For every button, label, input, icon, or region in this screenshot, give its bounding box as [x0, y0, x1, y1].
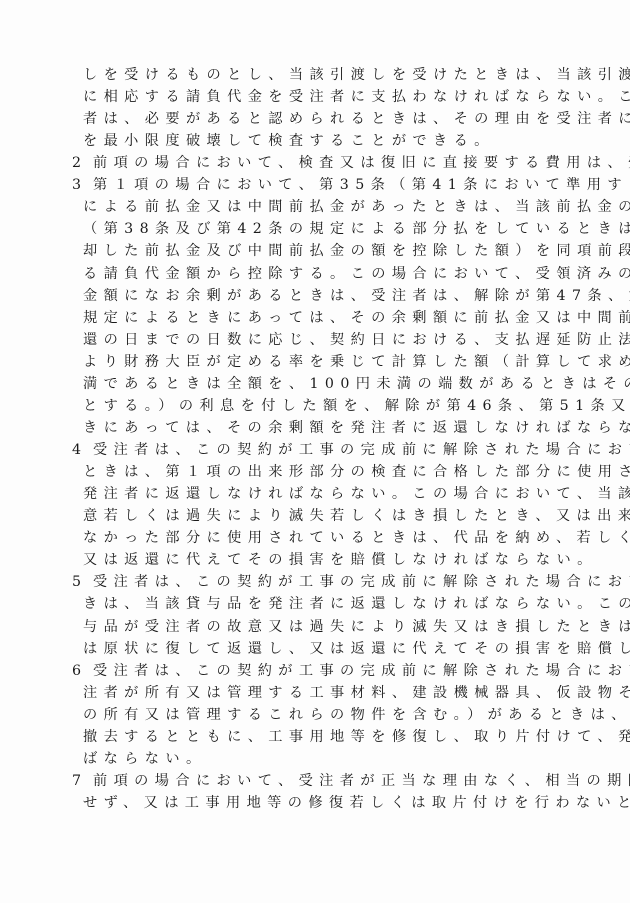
text-line: とする。）の利息を付した額を、解除が第46条、第51条又は第52条の規定によると [83, 395, 573, 417]
text-line: を最小限度破壊して検査することができる。 [83, 130, 573, 152]
line-text: きは、当該貸与品を発注者に返還しなければならない。この場合において、当該貸 [83, 596, 630, 612]
line-text: の所有又は管理するこれらの物件を含む。）があるときは、受注者は、当該物件を [83, 707, 630, 723]
text-line: 注者が所有又は管理する工事材料、建設機械器具、仮設物その他の物件（下請負人 [83, 682, 573, 704]
text-line: 還の日までの日数に応じ、契約日における、支払遅延防止法第８条第１項の規定に [83, 329, 573, 351]
text-line: 又は返還に代えてその損害を賠償しなければならない。 [83, 549, 573, 571]
line-text: 受注者は、この契約が工事の完成前に解除された場合において、工事用地等に受 [93, 663, 630, 679]
clause-item-line: 4受注者は、この契約が工事の完成前に解除された場合において、支給材料がある [72, 439, 562, 461]
line-text: は原状に復して返還し、又は返還に代えてその損害を賠償しなければならない。 [83, 641, 630, 657]
clause-number: 7 [72, 770, 93, 792]
line-text: しを受けるものとし、当該引渡しを受けたときは、当該引渡しを受けた出来形部分 [83, 67, 630, 83]
text-line: 与品が受注者の故意又は過失により滅失又はき損したときは、代品を納め、若しく [83, 616, 573, 638]
line-text: 発注者に返還しなければならない。この場合において、当該支給材料が受注者の故 [83, 486, 630, 502]
line-text: 規定によるときにあっては、その余剰額に前払金又は中間前払金の支払の日から返 [83, 310, 630, 326]
line-text: を最小限度破壊して検査することができる。 [83, 133, 495, 149]
line-text: 受注者は、この契約が工事の完成前に解除された場合において、支給材料がある [93, 442, 630, 458]
text-line: より財務大臣が定める率を乗じて計算した額（計算して求めた額の全額が100円未 [83, 351, 573, 373]
line-text: 前項の場合において、検査又は復旧に直接要する費用は、受注者の負担とする。 [93, 155, 630, 171]
clause-number: 2 [72, 152, 93, 174]
text-line: 満であるときは全額を、100円未満の端数があるときはその端数を切り捨てるもの [83, 373, 573, 395]
line-text: より財務大臣が定める率を乗じて計算した額（計算して求めた額の全額が100円未 [83, 354, 630, 370]
text-line: 撤去するとともに、工事用地等を修復し、取り片付けて、発注者に明け渡さなけれ [83, 726, 573, 748]
text-line: せず、又は工事用地等の修復若しくは取片付けを行わないときは、発注者は、受注 [83, 792, 573, 814]
text-line: の所有又は管理するこれらの物件を含む。）があるときは、受注者は、当該物件を [83, 704, 573, 726]
line-text: 満であるときは全額を、100円未満の端数があるときはその端数を切り捨てるもの [83, 376, 630, 392]
line-text: 与品が受注者の故意又は過失により滅失又はき損したときは、代品を納め、若しく [83, 619, 630, 635]
clause-number: 6 [72, 660, 93, 682]
text-line: なかった部分に使用されているときは、代品を納め、若しくは原状に復して返還し、 [83, 527, 573, 549]
line-text: る請負代金額から控除する。この場合において、受領済みの前払金額及び中間前払 [83, 266, 630, 282]
clause-item-line: 5受注者は、この契約が工事の完成前に解除された場合において、貸与品があると [72, 571, 562, 593]
text-line: ばならない。 [83, 748, 573, 770]
text-line: る請負代金額から控除する。この場合において、受領済みの前払金額及び中間前払 [83, 263, 573, 285]
clause-item-line: 7前項の場合において、受注者が正当な理由なく、相当の期間内に当該物件を撤去 [72, 770, 562, 792]
clause-item-line: 6受注者は、この契約が工事の完成前に解除された場合において、工事用地等に受 [72, 660, 562, 682]
text-line: 規定によるときにあっては、その余剰額に前払金又は中間前払金の支払の日から返 [83, 307, 573, 329]
clause-number: 5 [72, 571, 93, 593]
line-text: による前払金又は中間前払金があったときは、当該前払金の額及び中間前払金の額 [83, 199, 630, 215]
line-text: なかった部分に使用されているときは、代品を納め、若しくは原状に復して返還し、 [83, 530, 630, 546]
line-text: 金額になお余剰があるときは、受注者は、解除が第47条、第48条又は次条第３項の [83, 288, 630, 304]
line-text: 撤去するとともに、工事用地等を修復し、取り片付けて、発注者に明け渡さなけれ [83, 729, 630, 745]
line-text: ときは、第１項の出来形部分の検査に合格した部分に使用されているものを除き、 [83, 464, 630, 480]
clause-item-line: 3第１項の場合において、第35条（第41条において準用する場合を含む。）の規定 [72, 174, 562, 196]
document-page: しを受けるものとし、当該引渡しを受けたときは、当該引渡しを受けた出来形部分に相応… [0, 0, 630, 903]
line-text: 還の日までの日数に応じ、契約日における、支払遅延防止法第８条第１項の規定に [83, 332, 630, 348]
text-line: 却した前払金及び中間前払金の額を控除した額）を同項前段の出来形部分に相応す [83, 240, 573, 262]
line-text: 意若しくは過失により滅失若しくはき損したとき、又は出来形部分の検査に合格し [83, 508, 630, 524]
line-text: に相応する請負代金を受注者に支払わなければならない。この場合において、発注 [83, 89, 630, 105]
text-line: （第38条及び第42条の規定による部分払をしているときは、その部分払において償 [83, 218, 573, 240]
text-line: きにあっては、その余剰額を発注者に返還しなければならない。 [83, 417, 573, 439]
line-text: 注者が所有又は管理する工事材料、建設機械器具、仮設物その他の物件（下請負人 [83, 685, 630, 701]
line-text: とする。）の利息を付した額を、解除が第46条、第51条又は第52条の規定によると [83, 398, 630, 414]
text-line: 発注者に返還しなければならない。この場合において、当該支給材料が受注者の故 [83, 483, 573, 505]
line-text: （第38条及び第42条の規定による部分払をしているときは、その部分払において償 [83, 221, 630, 237]
text-line: ときは、第１項の出来形部分の検査に合格した部分に使用されているものを除き、 [83, 461, 573, 483]
line-text: 者は、必要があると認められるときは、その理由を受注者に通知して、出来形部分 [83, 111, 630, 127]
line-text: 又は返還に代えてその損害を賠償しなければならない。 [83, 552, 598, 568]
text-line: しを受けるものとし、当該引渡しを受けたときは、当該引渡しを受けた出来形部分 [83, 64, 573, 86]
line-text: 前項の場合において、受注者が正当な理由なく、相当の期間内に当該物件を撤去 [93, 773, 630, 789]
line-text: 受注者は、この契約が工事の完成前に解除された場合において、貸与品があると [93, 574, 630, 590]
text-line: による前払金又は中間前払金があったときは、当該前払金の額及び中間前払金の額 [83, 196, 573, 218]
line-text: せず、又は工事用地等の修復若しくは取片付けを行わないときは、発注者は、受注 [83, 795, 630, 811]
text-line: 者は、必要があると認められるときは、その理由を受注者に通知して、出来形部分 [83, 108, 573, 130]
line-text: 却した前払金及び中間前払金の額を控除した額）を同項前段の出来形部分に相応す [83, 243, 630, 259]
text-line: 金額になお余剰があるときは、受注者は、解除が第47条、第48条又は次条第３項の [83, 285, 573, 307]
text-line: 意若しくは過失により滅失若しくはき損したとき、又は出来形部分の検査に合格し [83, 505, 573, 527]
line-text: 第１項の場合において、第35条（第41条において準用する場合を含む。）の規定 [93, 177, 630, 193]
line-text: ばならない。 [83, 751, 207, 767]
text-line: きは、当該貸与品を発注者に返還しなければならない。この場合において、当該貸 [83, 593, 573, 615]
line-text: きにあっては、その余剰額を発注者に返還しなければならない。 [83, 420, 630, 436]
clause-number: 4 [72, 439, 93, 461]
clause-number: 3 [72, 174, 93, 196]
clause-item-line: 2前項の場合において、検査又は復旧に直接要する費用は、受注者の負担とする。 [72, 152, 562, 174]
text-line: に相応する請負代金を受注者に支払わなければならない。この場合において、発注 [83, 86, 573, 108]
text-line: は原状に復して返還し、又は返還に代えてその損害を賠償しなければならない。 [83, 638, 573, 660]
